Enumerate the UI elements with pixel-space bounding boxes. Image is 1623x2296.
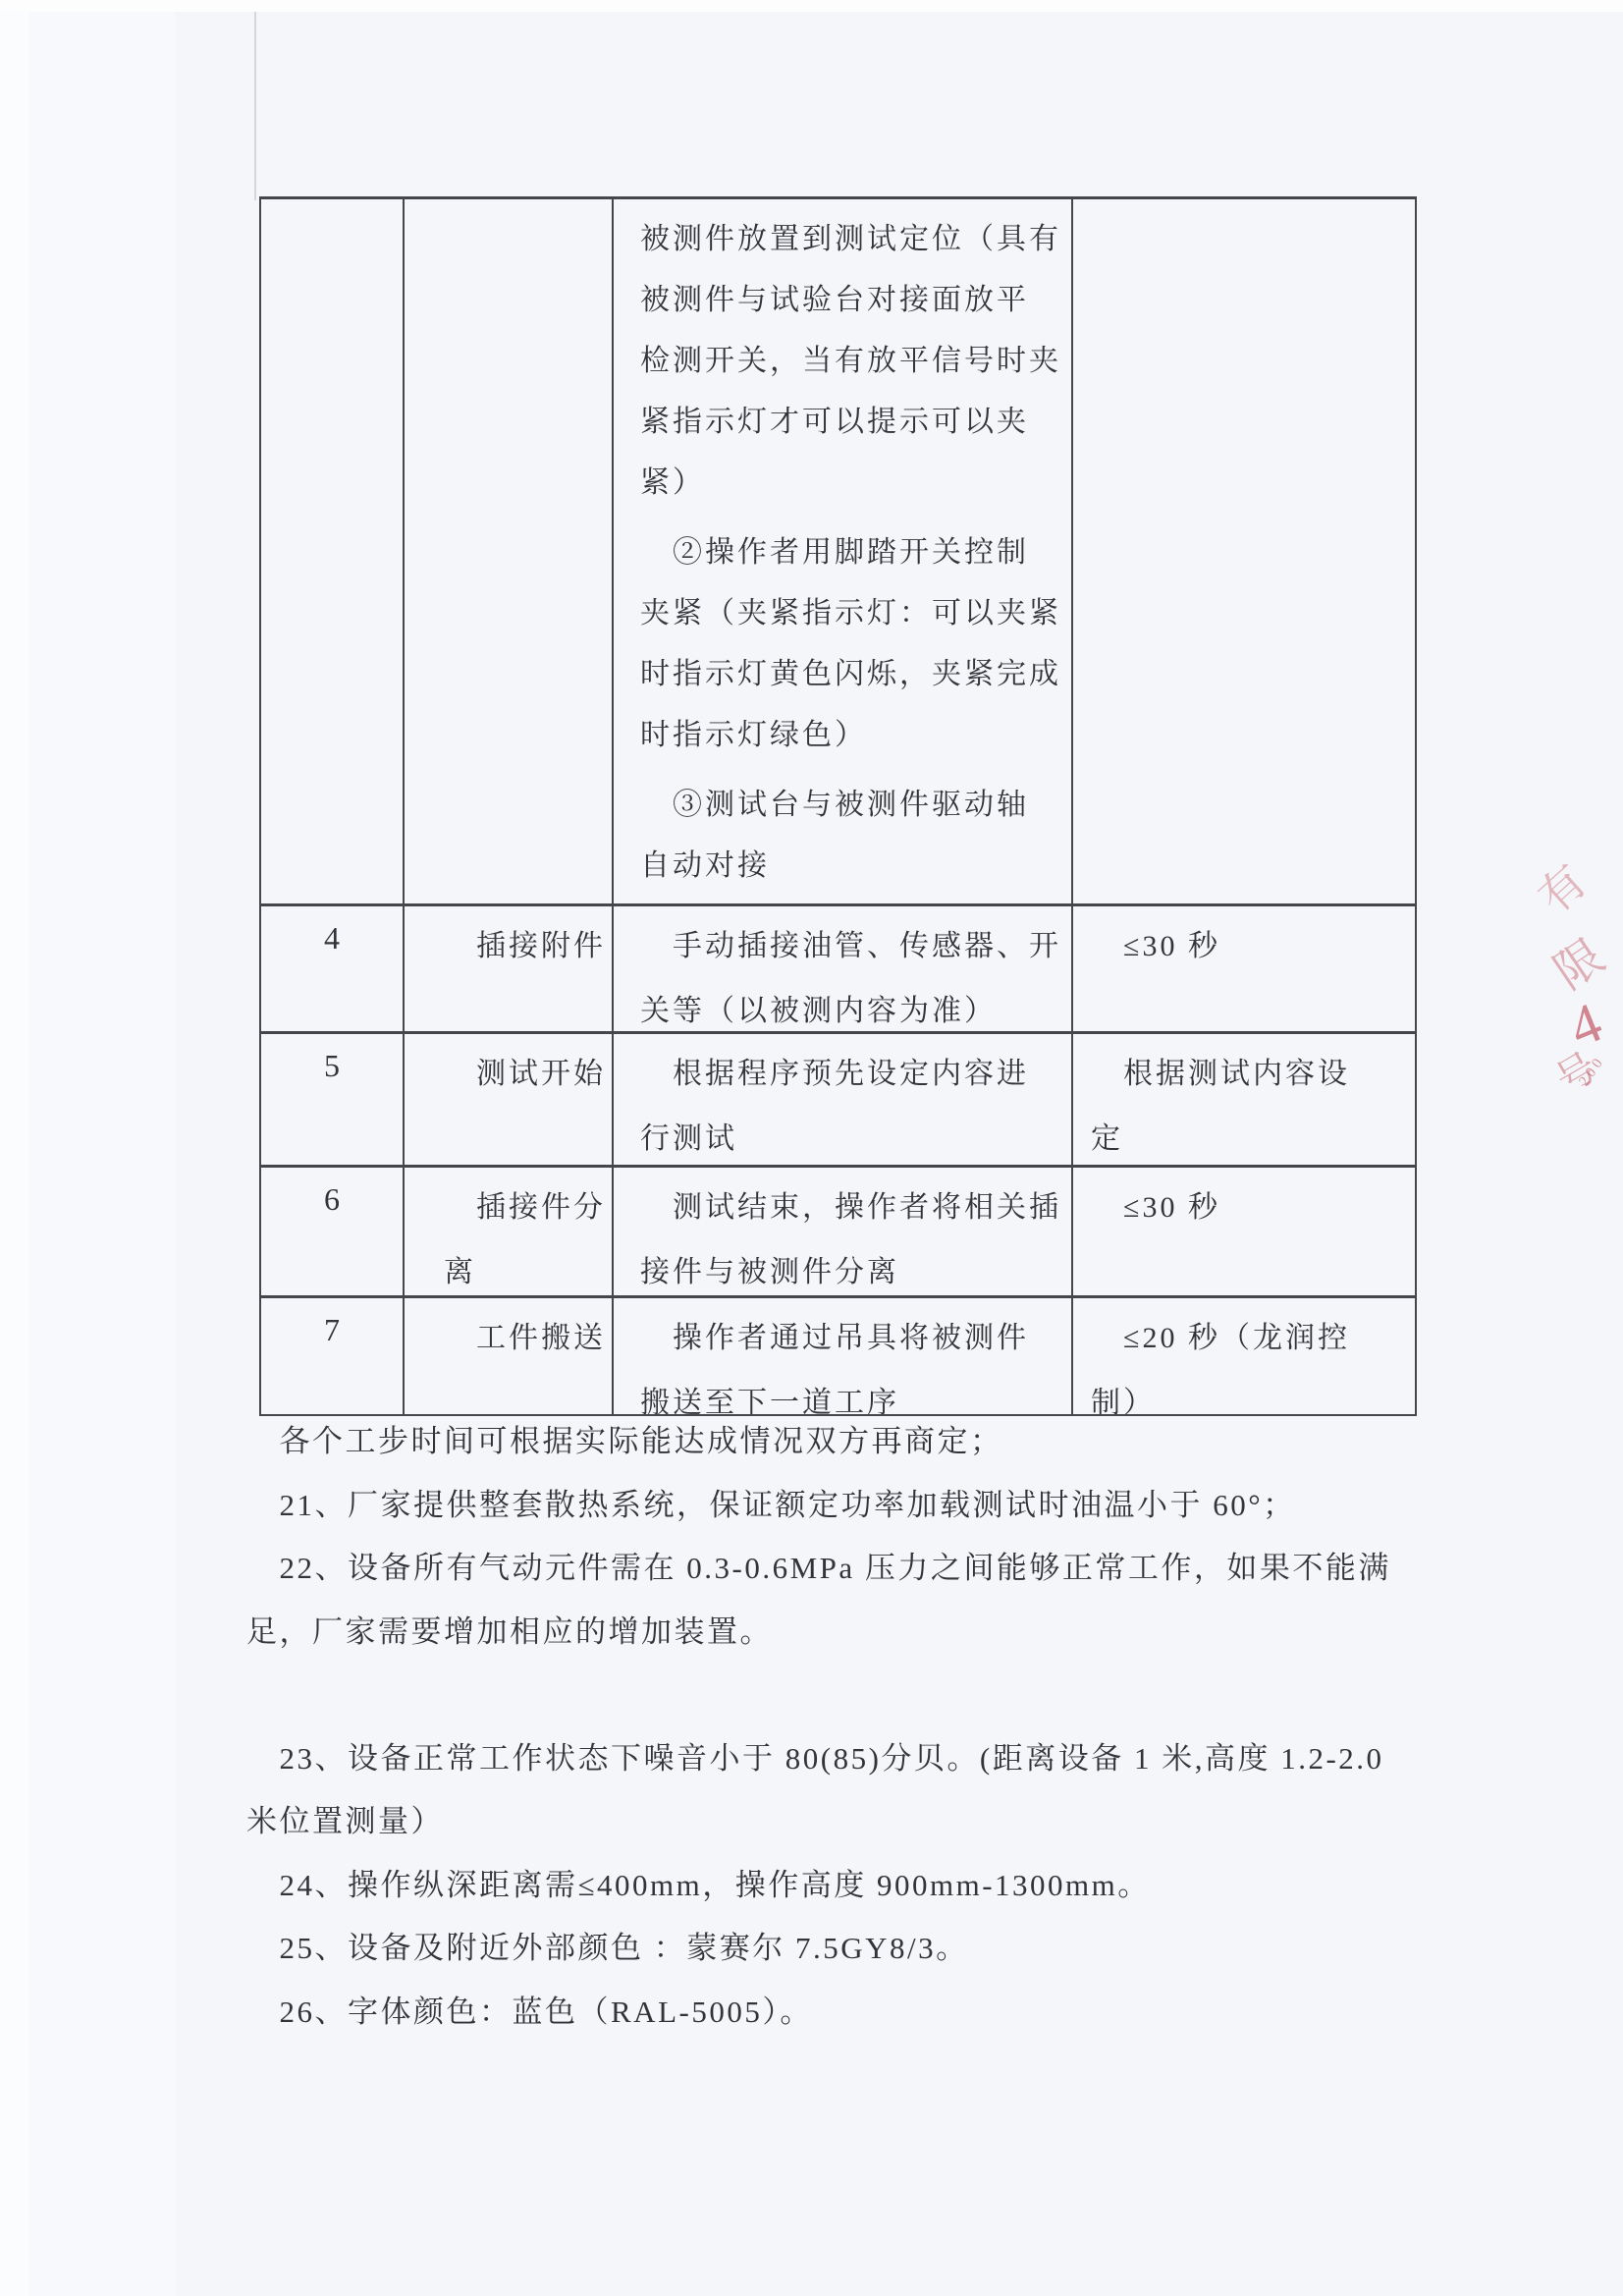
cell-line: ≤30 秒 [1091, 1175, 1407, 1240]
cell-paragraph: 测试结束，操作者将相关插接件与被测件分离 [640, 1175, 1059, 1295]
cell-line: ≤30 秒 [1091, 914, 1407, 979]
cell-line: 时指示灯黄色闪烁，夹紧完成 [640, 644, 1059, 705]
cell-paragraph: 操作者通过吊具将被测件搬送至下一道工序 [640, 1306, 1059, 1414]
table-cell: 测试开始 [405, 1034, 614, 1165]
cell-line: 自动对接 [640, 836, 1059, 897]
scan-left-edge [0, 0, 29, 2296]
step-number-cell [261, 199, 405, 903]
cell-paragraph: 插接件分离 [444, 1175, 606, 1295]
cell-paragraph: 被测件放置到测试定位（具有被测件与试验台对接面放平检测开关，当有放平信号时夹紧指… [640, 209, 1059, 514]
table-row: 5 测试开始 根据程序预先设定内容进行测试 根据测试内容设定 [261, 1031, 1415, 1165]
cell-line: 插接附件 [444, 914, 606, 979]
cell-line: 检测开关，当有放平信号时夹 [640, 331, 1059, 392]
step-number-cell: 6 [261, 1168, 405, 1295]
cell-line: 根据测试内容设 [1091, 1042, 1407, 1107]
table-row: 4 插接附件 手动插接油管、传感器、开关等（以被测内容为准） ≤30 秒 [261, 903, 1415, 1031]
stamp-glyph: 4 [1560, 989, 1611, 1061]
scan-left-shade [29, 0, 175, 2296]
table-cell: 手动插接油管、传感器、开关等（以被测内容为准） [614, 906, 1073, 1031]
cell-line: 被测件放置到测试定位（具有 [640, 209, 1059, 270]
cell-paragraph: 测试开始 [444, 1042, 606, 1107]
table-cell: ≤30 秒 [1073, 906, 1415, 1031]
cell-paragraph: 插接附件 [444, 914, 606, 979]
table-cell: 根据程序预先设定内容进行测试 [614, 1034, 1073, 1165]
body-line: 足，厂家需要增加相应的增加装置。 [246, 1601, 1434, 1665]
cell-line: 搬送至下一道工序 [640, 1371, 1059, 1414]
cell-paragraph: 工件搬送 [444, 1306, 606, 1371]
cell-paragraph: 根据程序预先设定内容进行测试 [640, 1042, 1059, 1165]
table-cell: 插接件分离 [405, 1168, 614, 1295]
step-number-cell: 4 [261, 906, 405, 1031]
scan-crease-line [254, 12, 256, 200]
cell-paragraph: ≤30 秒 [1091, 1175, 1407, 1240]
cell-line: 定 [1091, 1107, 1407, 1165]
cell-line: 行测试 [640, 1107, 1059, 1165]
stamp-glyph: 有 [1522, 847, 1598, 926]
body-line [246, 1664, 1434, 1727]
cell-line: 时指示灯绿色） [640, 705, 1059, 766]
table-row: 7 工件搬送 操作者通过吊具将被测件搬送至下一道工序 ≤20 秒（龙润控制） [261, 1295, 1415, 1414]
body-line: 各个工步时间可根据实际能达成情况双方再商定； [246, 1410, 1434, 1474]
stamp-glyph: 限 [1539, 919, 1615, 1002]
cell-line: 测试结束，操作者将相关插 [640, 1175, 1059, 1240]
body-line: 24、操作纵深距离需≤400mm，操作高度 900mm-1300mm。 [246, 1854, 1434, 1918]
notes-section: 各个工步时间可根据实际能达成情况双方再商定； 21、厂家提供整套散热系统，保证额… [246, 1410, 1434, 2044]
document-page: 被测件放置到测试定位（具有被测件与试验台对接面放平检测开关，当有放平信号时夹紧指… [0, 0, 1623, 2296]
table-cell: ≤20 秒（龙润控制） [1073, 1298, 1415, 1414]
cell-line: 离 [444, 1240, 606, 1295]
body-line: 21、厂家提供整套散热系统，保证额定功率加载测试时油温小于 60°； [246, 1474, 1434, 1538]
table-cell: 操作者通过吊具将被测件搬送至下一道工序 [614, 1298, 1073, 1414]
cell-line: 插接件分 [444, 1175, 606, 1240]
cell-paragraph: 根据测试内容设定 [1091, 1042, 1407, 1165]
body-line: 米位置测量） [246, 1790, 1434, 1854]
cell-line: 测试开始 [444, 1042, 606, 1107]
cell-line: 被测件与试验台对接面放平 [640, 270, 1059, 331]
table-cell: ≤30 秒 [1073, 1168, 1415, 1295]
table-cell: 工件搬送 [405, 1298, 614, 1414]
scan-top-edge [0, 0, 1623, 12]
stamp-glyph: 2 0 0 [1576, 1056, 1606, 1089]
body-line: 26、字体颜色：蓝色（RAL-5005）。 [246, 1981, 1434, 2045]
step-number-cell: 5 [261, 1034, 405, 1165]
step-number-cell: 7 [261, 1298, 405, 1414]
cell-line: 紧指示灯才可以提示可以夹 [640, 392, 1059, 453]
cell-line: 关等（以被测内容为准） [640, 979, 1059, 1031]
cell-line: 操作者通过吊具将被测件 [640, 1306, 1059, 1371]
table-cell: 根据测试内容设定 [1073, 1034, 1415, 1165]
cell-line: ②操作者用脚踏开关控制 [640, 522, 1059, 583]
cell-paragraph: ③测试台与被测件驱动轴自动对接 [640, 775, 1059, 897]
cell-line: 紧） [640, 453, 1059, 514]
stamp-glyph: 号 [1543, 1037, 1605, 1105]
cell-line: 工件搬送 [444, 1306, 606, 1371]
table-cell: 插接附件 [405, 906, 614, 1031]
cell-line: 手动插接油管、传感器、开 [640, 914, 1059, 979]
body-line: 23、设备正常工作状态下噪音小于 80(85)分贝。(距离设备 1 米,高度 1… [246, 1727, 1434, 1791]
body-line: 25、设备及附近外部颜色 ：蒙赛尔 7.5GY8/3。 [246, 1917, 1434, 1981]
table-cell [1073, 199, 1415, 903]
table-cell [405, 199, 614, 903]
cell-line: 制） [1091, 1371, 1407, 1414]
cell-paragraph: ≤30 秒 [1091, 914, 1407, 979]
procedure-table: 被测件放置到测试定位（具有被测件与试验台对接面放平检测开关，当有放平信号时夹紧指… [259, 196, 1417, 1416]
cell-line: 夹紧（夹紧指示灯：可以夹紧 [640, 583, 1059, 644]
cell-line: 接件与被测件分离 [640, 1240, 1059, 1295]
cell-line: 根据程序预先设定内容进 [640, 1042, 1059, 1107]
cell-paragraph: 手动插接油管、传感器、开关等（以被测内容为准） [640, 914, 1059, 1031]
table-row: 被测件放置到测试定位（具有被测件与试验台对接面放平检测开关，当有放平信号时夹紧指… [261, 199, 1415, 903]
cell-paragraph: ②操作者用脚踏开关控制夹紧（夹紧指示灯：可以夹紧时指示灯黄色闪烁，夹紧完成时指示… [640, 522, 1059, 766]
body-line: 22、设备所有气动元件需在 0.3-0.6MPa 压力之间能够正常工作，如果不能… [246, 1537, 1434, 1601]
table-cell: 被测件放置到测试定位（具有被测件与试验台对接面放平检测开关，当有放平信号时夹紧指… [614, 199, 1073, 903]
table-row: 6 插接件分离 测试结束，操作者将相关插接件与被测件分离 ≤30 秒 [261, 1165, 1415, 1295]
cell-line: ③测试台与被测件驱动轴 [640, 775, 1059, 836]
table-cell: 测试结束，操作者将相关插接件与被测件分离 [614, 1168, 1073, 1295]
cell-paragraph: ≤20 秒（龙润控制） [1091, 1306, 1407, 1414]
cell-line: ≤20 秒（龙润控 [1091, 1306, 1407, 1371]
